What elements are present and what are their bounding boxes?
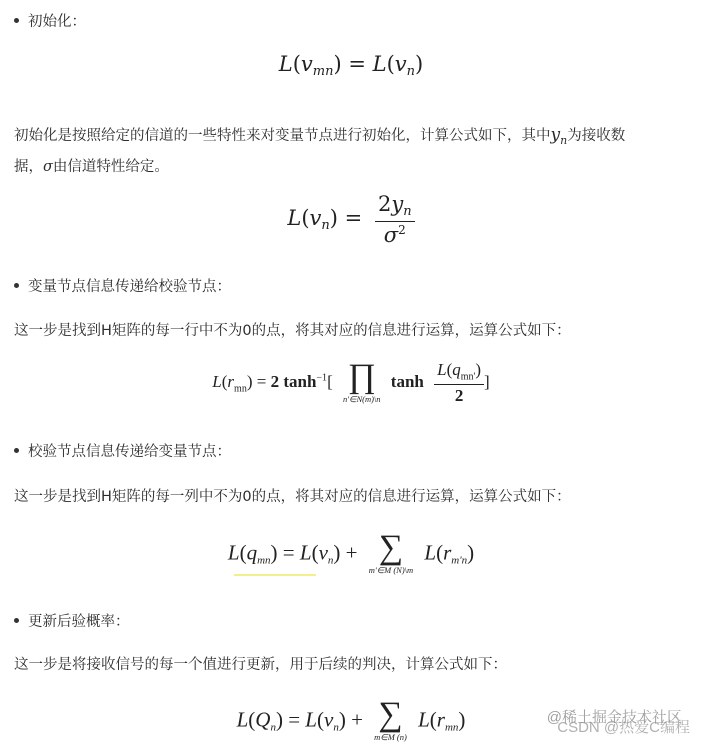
- bullet-check-to-variable: 校验节点信息传递给变量节点：: [14, 440, 231, 461]
- bullet-dot-icon: [14, 18, 19, 23]
- bullet-label: 校验节点信息传递给变量节点：: [28, 440, 231, 461]
- paragraph-initialization: 初始化是按照给定的信道的一些特性来对变量节点进行初始化，计算公式如下，其中yn为…: [14, 122, 688, 180]
- paragraph-posterior-update: 这一步是将接收信号的每一个值进行更新，用于后续的判决，计算公式如下：: [14, 652, 688, 678]
- watermark: @稀土掘金技术社区 CSDN @热爱C编程: [557, 716, 690, 737]
- paragraph-variable-to-check: 这一步是找到H矩阵的每一行中不为0的点，将其对应的信息进行运算，运算公式如下：: [14, 318, 688, 344]
- fraction: L(qmn') 2: [434, 360, 484, 406]
- bullet-variable-to-check: 变量节点信息传递给校验节点：: [14, 275, 231, 296]
- bullet-label: 变量节点信息传递给校验节点：: [28, 275, 231, 296]
- sum-operator: ∑ m∈M (n): [374, 700, 407, 743]
- product-operator: ∏ n'∈N(m)\n: [343, 362, 381, 405]
- formula-rmn: L(rmn) = 2 tanh−1[ ∏ n'∈N(m)\n tanh L(qm…: [0, 360, 702, 406]
- bullet-posterior-update: 更新后验概率：: [14, 610, 130, 631]
- paragraph-check-to-variable: 这一步是找到H矩阵的每一列中不为0的点，将其对应的信息进行运算，运算公式如下：: [14, 484, 688, 510]
- highlight-underline: [234, 574, 316, 576]
- fraction: 2yn σ2: [375, 192, 415, 247]
- bullet-dot-icon: [14, 283, 19, 288]
- bullet-label: 初始化：: [28, 10, 86, 31]
- formula-init-vn: L(vn) = 2yn σ2: [0, 192, 702, 247]
- watermark-csdn: CSDN @热爱C编程: [557, 719, 690, 736]
- sum-operator: ∑ m'∈M (N)\m: [369, 533, 413, 576]
- formula-qmn: L(qmn) = L(vn) + ∑ m'∈M (N)\m L(rm'n): [0, 533, 702, 576]
- bullet-initialization: 初始化：: [14, 10, 86, 31]
- bullet-label: 更新后验概率：: [28, 610, 130, 631]
- formula-init-vmn: L(vmn) = L(vn): [0, 52, 702, 79]
- bullet-dot-icon: [14, 448, 19, 453]
- bullet-dot-icon: [14, 618, 19, 623]
